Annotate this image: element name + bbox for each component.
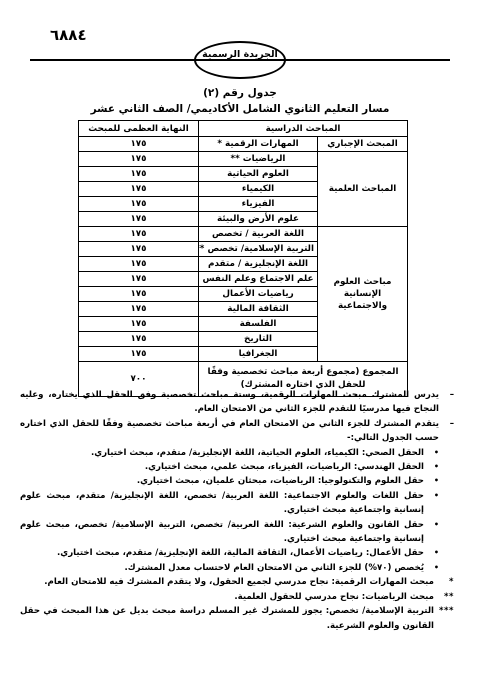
dash-icon: – xyxy=(450,388,454,402)
score-cell: ١٧٥ xyxy=(79,182,199,197)
bullet-icon: • xyxy=(434,474,439,488)
score-cell: ١٧٥ xyxy=(79,347,199,362)
gazette-page: ٦٨٨٤ الجريدة الرسمية جدول رقم (٢) مسار ا… xyxy=(0,0,480,679)
subject-cell: الثقافة المالية xyxy=(199,302,318,317)
bullet-note: • حقل الأعمال: رياضيات الأعمال، الثقافة … xyxy=(20,546,454,560)
table-row: المبحث الإجباري المهارات الرقمية * ١٧٥ xyxy=(79,137,408,152)
gazette-banner-label: الجريدة الرسمية xyxy=(196,49,284,60)
subject-cell: رياضيات الأعمال xyxy=(199,287,318,302)
subject-cell: الجغرافيا xyxy=(199,347,318,362)
subject-cell: اللغة العربية / تخصص xyxy=(199,227,318,242)
bullet-note-text: حقل الأعمال: رياضيات الأعمال، الثقافة ال… xyxy=(20,546,424,560)
subject-cell: علم الاجتماع وعلم النفس xyxy=(199,272,318,287)
category-cell: المباحث العلمية xyxy=(318,152,408,227)
bullet-icon: • xyxy=(434,546,439,560)
score-cell: ١٧٥ xyxy=(79,317,199,332)
dash-note-text: يتقدم المشترك للجزء الثاني من الامتحان ا… xyxy=(20,417,439,446)
notes-section: – يدرس المشترك مبحث المهارات الرقمية، وس… xyxy=(20,388,454,633)
table-title: جدول رقم (٢) xyxy=(0,87,480,99)
dash-note: – يدرس المشترك مبحث المهارات الرقمية، وس… xyxy=(20,388,454,417)
category-cell: مباحث العلوم الإنسانية والاجتماعية xyxy=(318,227,408,362)
bullet-note-text: حقل العلوم والتكنولوجيا: الرياضيات، مبحث… xyxy=(20,474,424,488)
dash-icon: – xyxy=(450,417,454,431)
score-cell: ١٧٥ xyxy=(79,227,199,242)
star-note-text: التربية الإسلامية/ تخصص: يجوز للمشترك غي… xyxy=(20,604,434,633)
bullet-note: • حقل العلوم والتكنولوجيا: الرياضيات، مب… xyxy=(20,474,454,488)
subject-cell: التربية الإسلامية/ تخصص *** xyxy=(199,242,318,257)
bullet-icon: • xyxy=(434,489,439,503)
subject-cell: المهارات الرقمية * xyxy=(199,137,318,152)
bullet-note: • حقل القانون والعلوم الشرعية: اللغة الع… xyxy=(20,518,454,547)
subject-cell: التاريخ xyxy=(199,332,318,347)
subject-cell: الفيزياء xyxy=(199,197,318,212)
dash-note-text: يدرس المشترك مبحث المهارات الرقمية، وستة… xyxy=(20,388,439,417)
bullet-icon: • xyxy=(434,518,439,532)
table-row: المباحث العلمية الرياضيات ** ١٧٥ xyxy=(79,152,408,167)
score-cell: ١٧٥ xyxy=(79,332,199,347)
star-note-text: مبحث الرياضيات: نجاح مدرسي للحقول العلمي… xyxy=(20,590,434,604)
bullet-note-text: حقل القانون والعلوم الشرعية: اللغة العرب… xyxy=(20,518,424,547)
subject-cell: الرياضيات ** xyxy=(199,152,318,167)
score-cell: ١٧٥ xyxy=(79,272,199,287)
score-cell: ١٧٥ xyxy=(79,137,199,152)
subject-cell: اللغة الإنجليزية / متقدم xyxy=(199,257,318,272)
subject-cell: العلوم الحياتية xyxy=(199,167,318,182)
star-note: *** التربية الإسلامية/ تخصص: يجوز للمشتر… xyxy=(20,604,454,633)
star-note: * مبحث المهارات الرقمية: نجاح مدرسي لجمي… xyxy=(20,575,454,589)
star-note: ** مبحث الرياضيات: نجاح مدرسي للحقول الع… xyxy=(20,590,454,604)
score-cell: ١٧٥ xyxy=(79,287,199,302)
asterisk-marker: ** xyxy=(444,590,454,604)
dash-note: – يتقدم المشترك للجزء الثاني من الامتحان… xyxy=(20,417,454,446)
subject-cell: الكيمياء xyxy=(199,182,318,197)
star-note-text: مبحث المهارات الرقمية: نجاح مدرسي لجميع … xyxy=(20,575,434,589)
score-cell: ١٧٥ xyxy=(79,212,199,227)
table-header-row: المباحث الدراسية النهاية العظمى للمبحث xyxy=(79,121,408,137)
asterisk-marker: *** xyxy=(439,604,454,618)
subject-cell: الفلسفة xyxy=(199,317,318,332)
bullet-note-text: الحقل الهندسي: الرياضيات، الفيزياء، مبحث… xyxy=(20,460,424,474)
score-cell: ١٧٥ xyxy=(79,152,199,167)
category-cell: المبحث الإجباري xyxy=(318,137,408,152)
bullet-note: • الحقل الصحي: الكيمياء، العلوم الحياتية… xyxy=(20,446,454,460)
bullet-icon: • xyxy=(434,561,439,575)
table-row: مباحث العلوم الإنسانية والاجتماعية اللغة… xyxy=(79,227,408,242)
bullet-note: • حقل اللغات والعلوم الاجتماعية: اللغة ا… xyxy=(20,489,454,518)
bullet-icon: • xyxy=(434,446,439,460)
bullet-note: • يُخصص (٧٠%) للجزء الثاني من الامتحان ا… xyxy=(20,561,454,575)
bullet-icon: • xyxy=(434,460,439,474)
score-cell: ١٧٥ xyxy=(79,167,199,182)
header-cell-max-score: النهاية العظمى للمبحث xyxy=(79,121,199,137)
header-cell-subjects: المباحث الدراسية xyxy=(199,121,408,137)
asterisk-marker: * xyxy=(449,575,454,589)
score-cell: ١٧٥ xyxy=(79,257,199,272)
score-cell: ١٧٥ xyxy=(79,242,199,257)
bullet-note-text: حقل اللغات والعلوم الاجتماعية: اللغة الع… xyxy=(20,489,424,518)
bullet-note-text: يُخصص (٧٠%) للجزء الثاني من الامتحان الع… xyxy=(20,561,424,575)
table-subtitle: مسار التعليم الثانوي الشامل الأكاديمي/ ا… xyxy=(0,103,480,115)
score-cell: ١٧٥ xyxy=(79,302,199,317)
subject-cell: علوم الأرض والبيئة xyxy=(199,212,318,227)
bullet-note: • الحقل الهندسي: الرياضيات، الفيزياء، مب… xyxy=(20,460,454,474)
bullet-note-text: الحقل الصحي: الكيمياء، العلوم الحياتية، … xyxy=(20,446,424,460)
page-number: ٦٨٨٤ xyxy=(50,26,87,44)
gazette-banner-oval: الجريدة الرسمية xyxy=(194,41,286,79)
score-cell: ١٧٥ xyxy=(79,197,199,212)
subjects-table: المباحث الدراسية النهاية العظمى للمبحث ا… xyxy=(78,120,408,397)
